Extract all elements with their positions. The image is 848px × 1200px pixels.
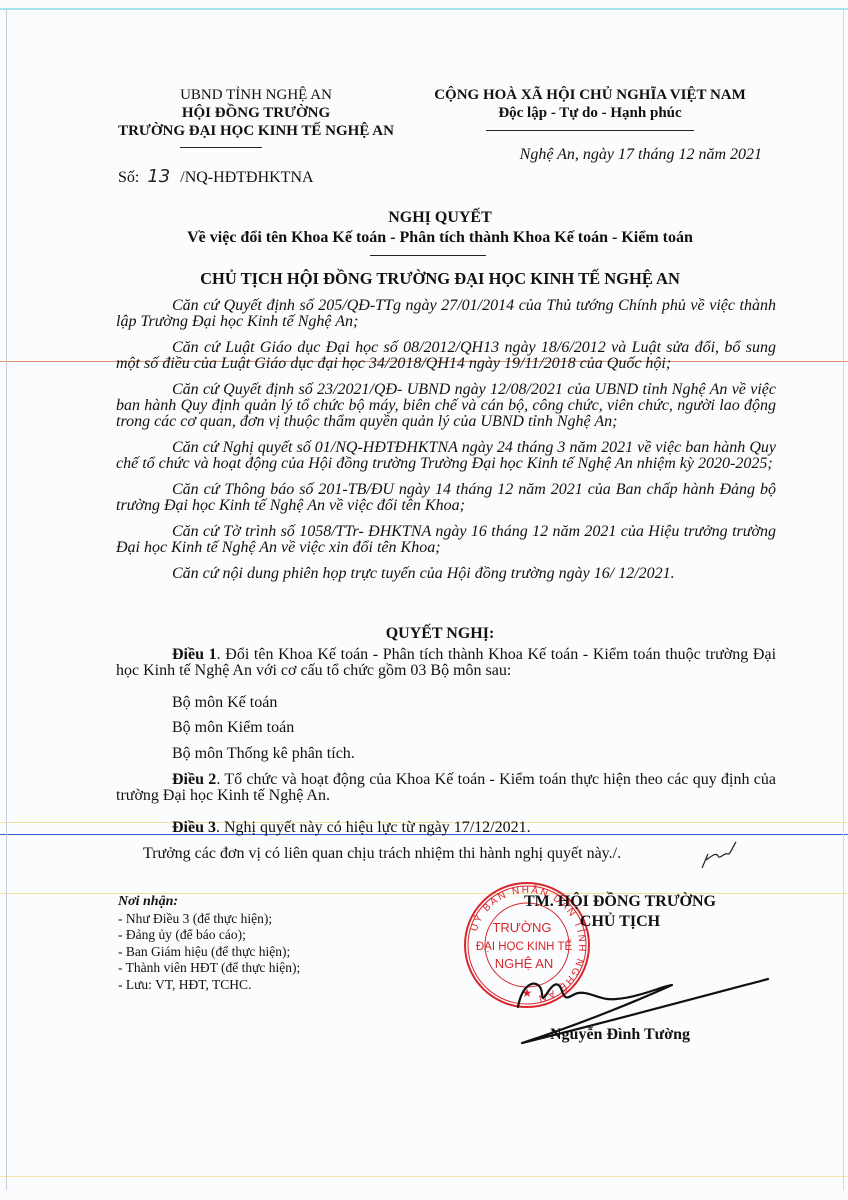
authority-underline [180,147,262,148]
title-underline [370,255,486,256]
page-border-right [843,10,844,1190]
scan-line-cyan [0,8,848,10]
recipients-label: Nơi nhận: [118,894,300,911]
scan-line-yellow-3 [0,1176,848,1177]
document-page: UBND TỈNH NGHỆ AN HỘI ĐỒNG TRƯỜNG TRƯỜNG… [0,0,848,1200]
on-behalf-label: TM. HỘI ĐỒNG TRƯỜNG [500,892,740,912]
document-title: NGHỊ QUYẾT Về việc đổi tên Khoa Kế toán … [100,208,780,248]
authority-line-3: TRƯỜNG ĐẠI HỌC KINH TẾ NGHỆ AN [96,122,416,140]
recipient-item: - Đảng ủy (để báo cáo); [118,927,300,944]
signature-block: TM. HỘI ĐỒNG TRƯỜNG CHỦ TỊCH [500,892,740,932]
basis-item: Căn cứ Tờ trình số 1058/TTr- ĐHKTNA ngày… [116,524,776,556]
recipient-item: - Lưu: VT, HĐT, TCHC. [118,977,300,994]
article-2: Điều 2. Tổ chức và hoạt động của Khoa Kế… [116,772,776,804]
basis-item: Căn cứ Luật Giáo dục Đại học số 08/2012/… [116,340,776,372]
article-1-label: Điều 1 [172,646,217,663]
recipient-item: - Ban Giám hiệu (để thực hiện); [118,944,300,961]
basis-item: Căn cứ nội dung phiên họp trực tuyến của… [116,566,776,582]
authority-line-1: UBND TỈNH NGHỆ AN [96,86,416,104]
national-motto: CỘNG HOÀ XÃ HỘI CHỦ NGHĨA VIỆT NAM Độc l… [405,86,775,122]
issuing-authority: UBND TỈNH NGHỆ AN HỘI ĐỒNG TRƯỜNG TRƯỜNG… [96,86,416,140]
department-item: Bộ môn Kiểm toán [172,719,294,737]
initials-mark [698,838,738,872]
document-subject: Về việc đổi tên Khoa Kế toán - Phân tích… [100,228,780,248]
decision-heading: QUYẾT NGHỊ: [100,625,780,643]
basis-item: Căn cứ Quyết định số 23/2021/QĐ- UBND ng… [116,382,776,430]
signer-name: Nguyễn Đình Tường [500,1026,740,1044]
document-number: Số:13/NQ-HĐTĐHKTNA [118,166,314,187]
authority-line-2: HỘI ĐỒNG TRƯỜNG [96,104,416,122]
place-date: Nghệ An, ngày 17 tháng 12 năm 2021 [430,146,762,164]
recipient-item: - Như Điều 3 (để thực hiện); [118,911,300,928]
article-3: Điều 3. Nghị quyết này có hiệu lực từ ng… [116,820,776,836]
motto-underline [486,130,694,131]
doc-number-label: Số: [118,169,139,186]
doc-number-handwritten: 13 [147,166,170,187]
department-item: Bộ môn Thống kê phân tích. [172,745,355,763]
country-name: CỘNG HOÀ XÃ HỘI CHỦ NGHĨA VIỆT NAM [405,86,775,104]
legal-bases: Căn cứ Quyết định số 205/QĐ-TTg ngày 27/… [116,298,776,582]
doc-number-suffix: /NQ-HĐTĐHKTNA [180,169,313,186]
closing-clause: Trưởng các đơn vị có liên quan chịu trác… [116,846,776,862]
article-2-label: Điều 2 [172,771,216,788]
article-3-label: Điều 3 [172,819,216,836]
article-3-text: . Nghị quyết này có hiệu lực từ ngày 17/… [216,819,531,836]
page-border-left [6,10,7,1190]
recipients-list: Nơi nhận: - Như Điều 3 (để thực hiện); -… [118,894,300,993]
recipient-item: - Thành viên HĐT (để thực hiện); [118,960,300,977]
issuer-heading: CHỦ TỊCH HỘI ĐỒNG TRƯỜNG ĐẠI HỌC KINH TẾ… [100,269,780,289]
document-type: NGHỊ QUYẾT [100,208,780,228]
department-item: Bộ môn Kế toán [172,694,277,712]
signer-position: CHỦ TỊCH [500,912,740,932]
basis-item: Căn cứ Quyết định số 205/QĐ-TTg ngày 27/… [116,298,776,330]
motto: Độc lập - Tự do - Hạnh phúc [405,104,775,122]
article-1: Điều 1. Đổi tên Khoa Kế toán - Phân tích… [116,647,776,679]
basis-item: Căn cứ Thông báo số 201-TB/ĐU ngày 14 th… [116,482,776,514]
basis-item: Căn cứ Nghị quyết số 01/NQ-HĐTĐHKTNA ngà… [116,440,776,472]
